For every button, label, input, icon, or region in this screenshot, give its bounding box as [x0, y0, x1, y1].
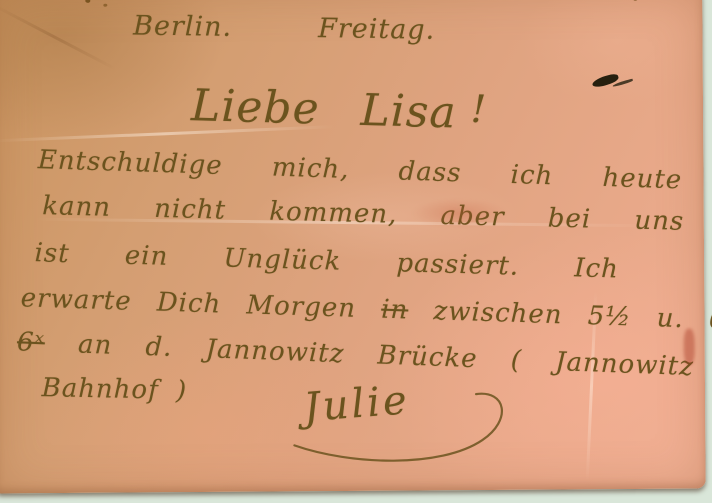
- photo-background: Berlin.Freitag. Liebe Lisa! Entschuldige…: [0, 0, 712, 503]
- body-line-5-struck-word: 6ˣ: [16, 327, 45, 358]
- body-line-3: ist ein Unglück passiert. Ich: [34, 238, 619, 284]
- body-line-4-post: zwischen 5½ u. 6: [433, 296, 712, 335]
- body-line-4-struck-word: in: [381, 295, 409, 326]
- paper-speck: [633, 0, 637, 1]
- postcard-paper: Berlin.Freitag. Liebe Lisa! Entschuldige…: [0, 0, 706, 493]
- dateline-gap: [232, 36, 318, 37]
- dateline-city: Berlin.: [133, 11, 232, 43]
- dateline: Berlin.Freitag.: [133, 11, 435, 46]
- signature: Julie: [302, 377, 411, 431]
- ink-blot: [591, 73, 619, 89]
- paper-crease: [0, 3, 116, 71]
- body-line-2: kann nicht kommen, aber bei uns: [42, 191, 685, 237]
- body-line-1: Entschuldige mich, dass ich heute: [37, 145, 682, 195]
- body-line-4: erwarte Dich Morgen in zwischen 5½ u. 6: [20, 283, 712, 335]
- red-edge-mark: [684, 329, 695, 365]
- body-line-4-pre: erwarte Dich Morgen: [20, 283, 356, 324]
- paper-speck: [103, 4, 107, 7]
- paper-speck: [85, 0, 90, 3]
- body-line-5-post: an d. Jannowitz Brücke ( Jannowitz: [77, 330, 694, 383]
- dateline-day: Freitag.: [318, 13, 435, 46]
- salutation-text: Liebe Lisa: [190, 80, 457, 138]
- salutation-exclamation: !: [470, 87, 488, 131]
- body-line-6: Bahnhof ): [41, 373, 187, 406]
- salutation: Liebe Lisa!: [190, 80, 487, 139]
- red-ink-smudge: [411, 198, 507, 229]
